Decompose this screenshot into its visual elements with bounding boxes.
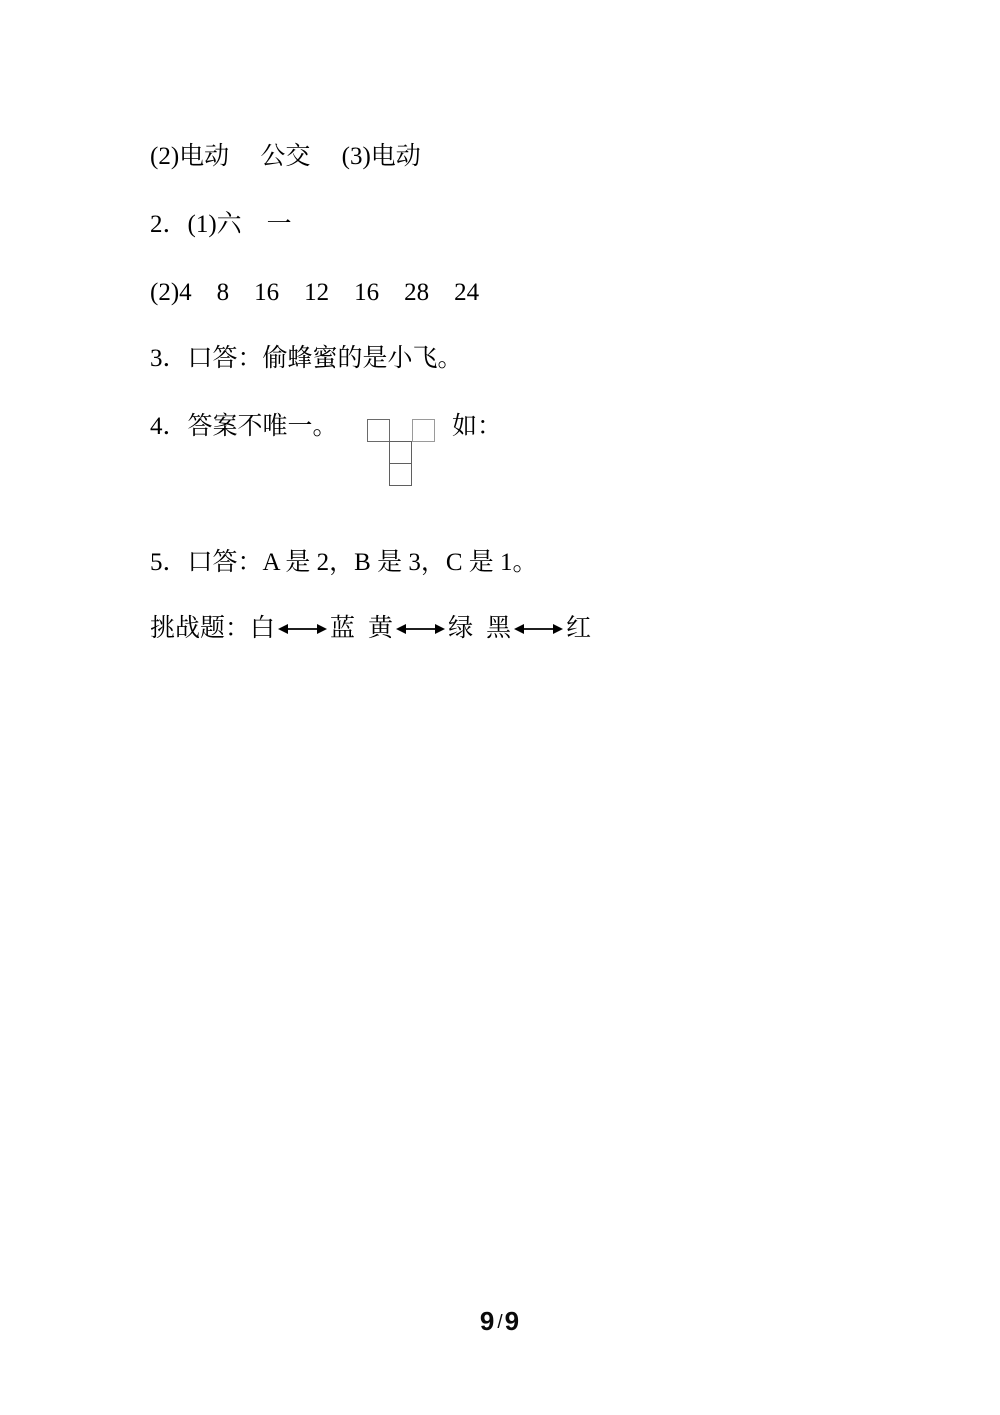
- square-bottom: [389, 463, 412, 486]
- page-number-total: 9: [505, 1306, 520, 1336]
- answer-q4-row: 4．答案不唯一。 如：: [150, 413, 850, 493]
- document-page: (2)电动 公交 (3)电动 2．(1)六 一 (2)4 8 16 12 16 …: [0, 0, 1000, 1415]
- square-top-left: [367, 419, 390, 442]
- pair-2-to: 绿: [448, 615, 473, 642]
- pair-1-from: 白: [250, 615, 275, 642]
- double-arrow-icon: [394, 622, 447, 636]
- pair-3-from: 黑: [486, 615, 511, 642]
- challenge-pair-1: 白 蓝: [250, 615, 355, 642]
- challenge-label: 挑战题：: [150, 615, 250, 642]
- pair-2-from: 黄: [368, 615, 393, 642]
- answer-q4-text: 4．答案不唯一。: [150, 413, 338, 440]
- page-number-separator: /: [495, 1312, 504, 1333]
- square-top-right: [412, 419, 435, 442]
- challenge-pair-2: 黄 绿: [368, 615, 473, 642]
- answer-q4-example-label: 如：: [452, 413, 502, 440]
- answer-q2-part2: (2)4 8 16 12 16 28 24: [150, 279, 479, 306]
- answer-q1-parts: (2)电动 公交 (3)电动: [150, 143, 421, 170]
- four-squares-figure: [367, 419, 436, 487]
- square-middle: [389, 441, 412, 464]
- double-arrow-icon: [512, 622, 565, 636]
- pair-1-to: 蓝: [330, 615, 355, 642]
- page-number-current: 9: [480, 1306, 495, 1336]
- challenge-pair-3: 黑 红: [486, 615, 591, 642]
- answer-q5: 5．口答：A 是 2，B 是 3，C 是 1。: [150, 549, 538, 576]
- page-number: 9/9: [0, 1306, 1000, 1337]
- answer-q3: 3．口答：偷蜂蜜的是小飞。: [150, 345, 463, 372]
- pair-3-to: 红: [566, 615, 591, 642]
- double-arrow-icon: [276, 622, 329, 636]
- challenge-row: 挑战题： 白 蓝 黄 绿 黑: [150, 615, 591, 642]
- answer-q2-part1: 2．(1)六 一: [150, 211, 292, 238]
